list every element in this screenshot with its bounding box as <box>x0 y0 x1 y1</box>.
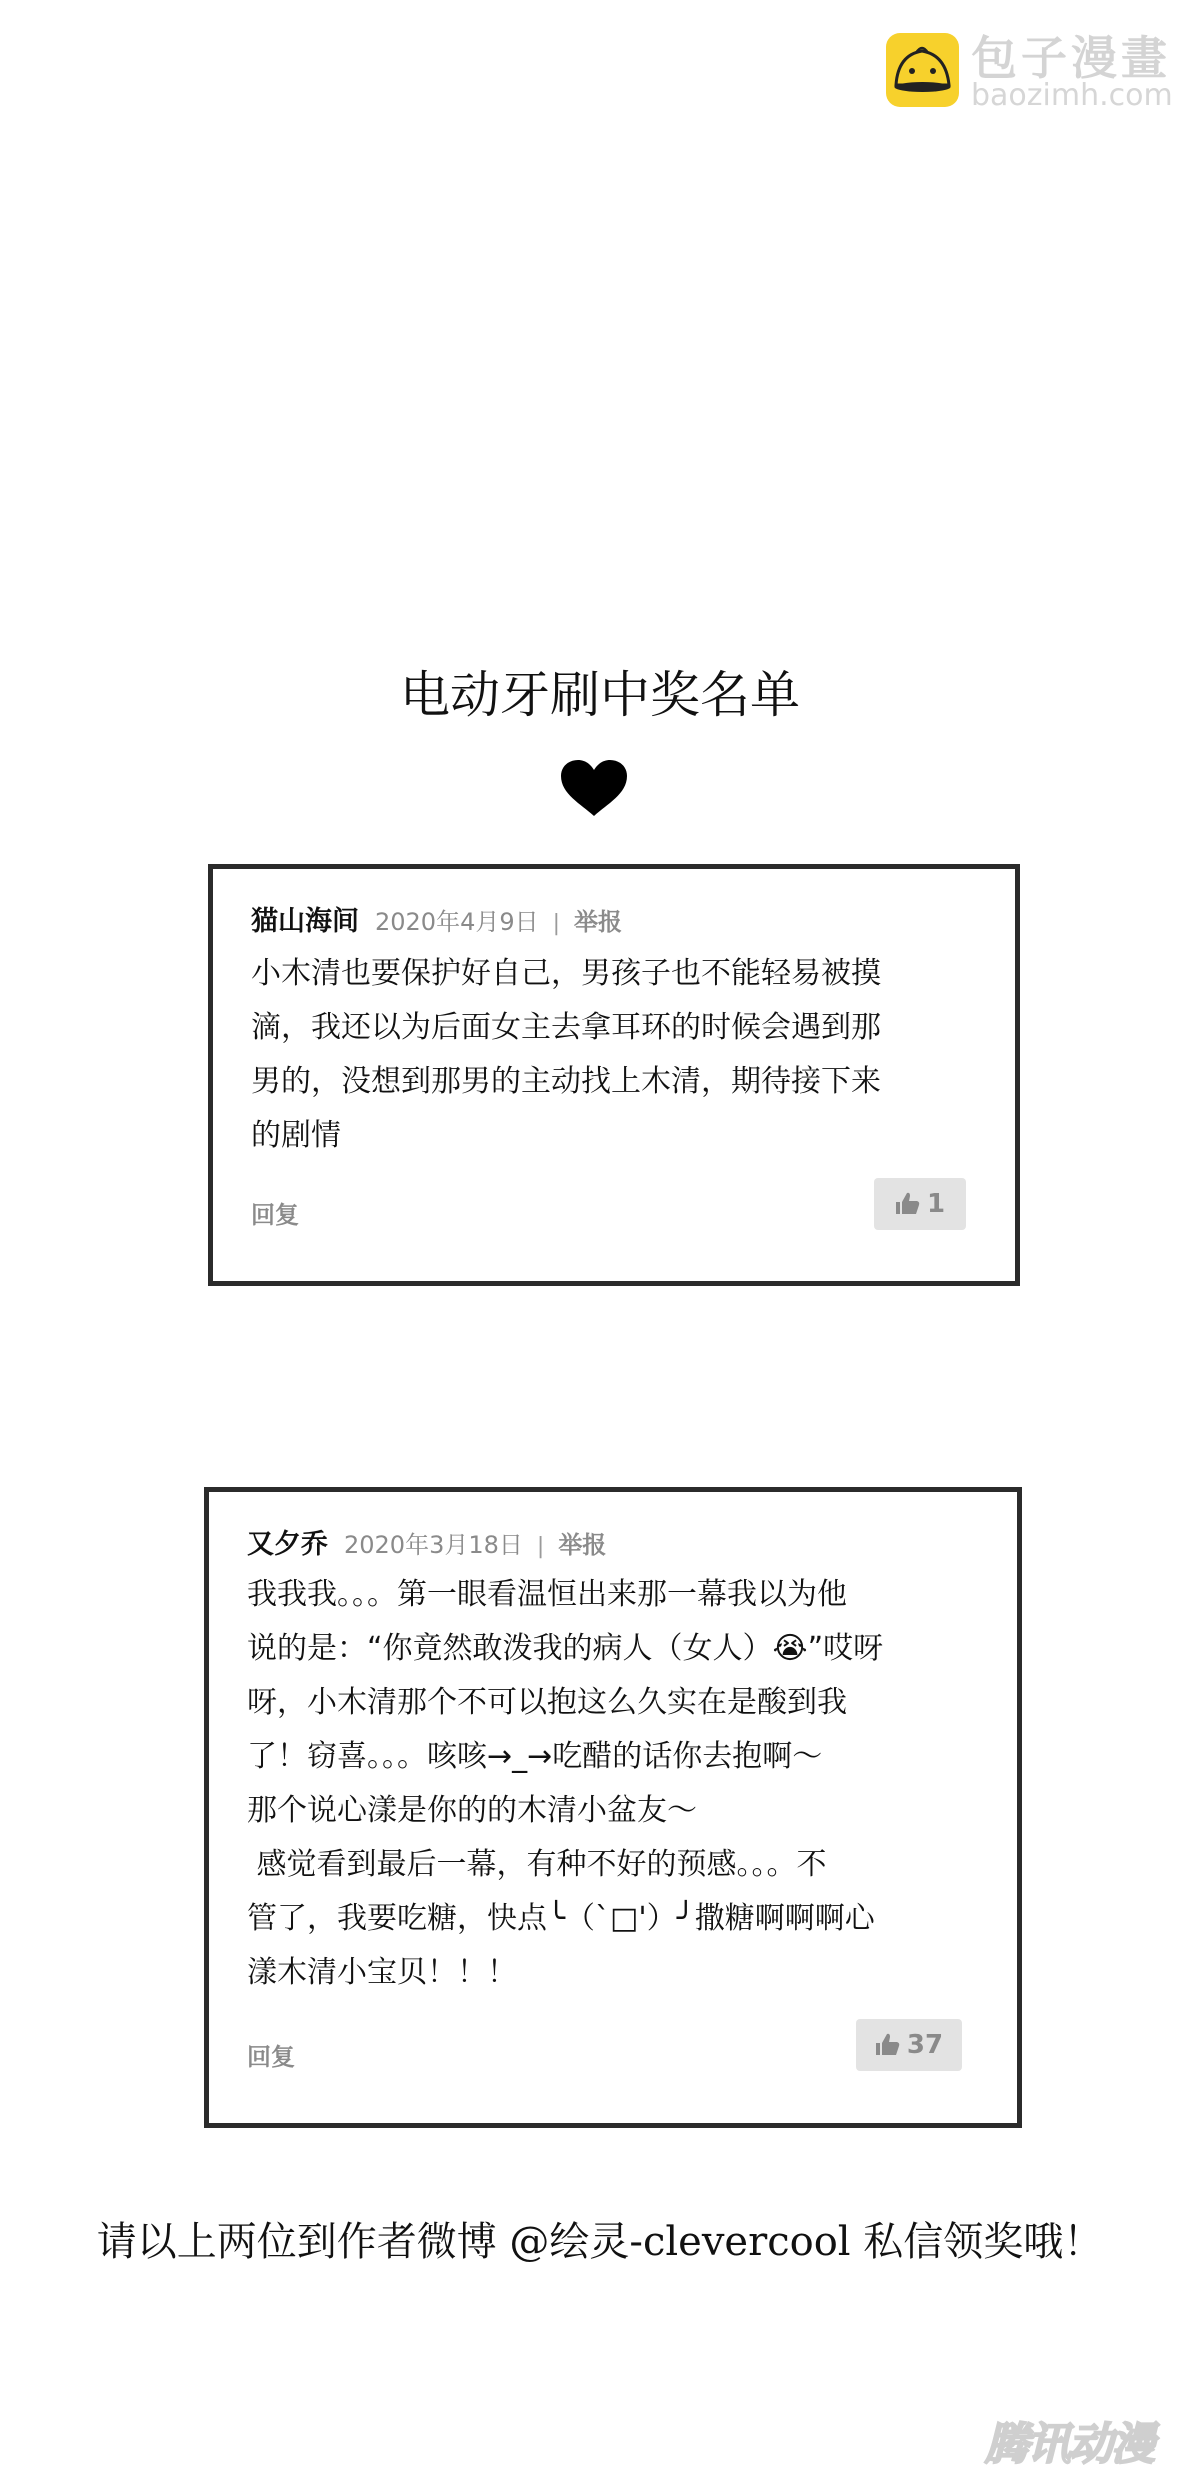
bun-mascot-icon <box>886 33 959 107</box>
divider: | <box>537 1534 544 1559</box>
report-link[interactable]: 举报 <box>574 902 622 937</box>
tencent-comic-watermark: 腾讯动漫 <box>985 2408 1153 2472</box>
heart-icon <box>561 760 627 816</box>
brand-name: 包子漫畫 <box>971 33 1173 83</box>
prize-instructions: 请以上两位到作者微博 @绘灵-clevercool 私信领奖哦！ <box>0 2210 1200 2267</box>
page-title: 电动牙刷中奖名单 <box>0 655 1200 727</box>
like-button[interactable]: 37 <box>856 2019 962 2071</box>
reply-button[interactable]: 回复 <box>251 1195 299 1230</box>
like-count: 1 <box>927 1189 945 1219</box>
baozimh-watermark: 包子漫畫 baozimh.com <box>886 33 1173 111</box>
comment-card: 又夕乔 2020年3月18日 | 举报 我我我。。。第一眼看温恒出来那一幕我以为… <box>204 1487 1022 2128</box>
comment-body: 小木清也要保护好自己，男孩子也不能轻易被摸 滴，我还以为后面女主去拿耳环的时候会… <box>251 947 991 1163</box>
like-button[interactable]: 1 <box>874 1178 966 1230</box>
divider: | <box>553 911 560 936</box>
comment-card: 猫山海间 2020年4月9日 | 举报 小木清也要保护好自己，男孩子也不能轻易被… <box>208 864 1020 1286</box>
comment-body: 我我我。。。第一眼看温恒出来那一幕我以为他 说的是：“你竟然敢泼我的病人（女人）… <box>247 1568 1007 2000</box>
comment-date: 2020年4月9日 <box>375 902 539 937</box>
thumbs-up-icon <box>895 1191 921 1217</box>
comment-date: 2020年3月18日 <box>344 1525 523 1560</box>
report-link[interactable]: 举报 <box>558 1525 606 1560</box>
like-count: 37 <box>907 2030 943 2060</box>
brand-url: baozimh.com <box>971 81 1173 111</box>
reply-button[interactable]: 回复 <box>247 2037 295 2072</box>
comment-username[interactable]: 又夕乔 <box>247 1522 328 1561</box>
comment-username[interactable]: 猫山海间 <box>251 899 359 938</box>
thumbs-up-icon <box>875 2032 901 2058</box>
